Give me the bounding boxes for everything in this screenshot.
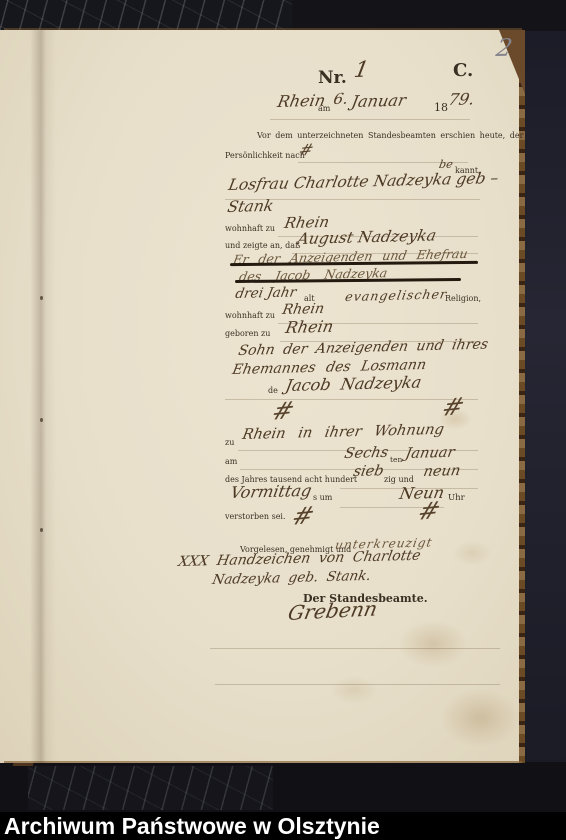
- year-mid: zig und: [384, 475, 414, 484]
- binding-stitch: [40, 296, 43, 300]
- record-number-label: Nr.: [318, 68, 347, 88]
- daytime-value: Vormittag: [229, 481, 313, 502]
- header-year-hand: 79.: [447, 89, 476, 109]
- backdrop-right: [524, 0, 566, 812]
- archive-caption-text: Archiwum Państwowe w Olsztynie: [4, 813, 380, 840]
- header-year-printed: 18: [434, 101, 448, 114]
- relation-line3: Jacob Nadzeyka: [284, 372, 423, 395]
- deceased-name: August Nadzeyka: [296, 226, 438, 248]
- binding-stitch: [40, 418, 43, 422]
- deceased-label: verstorben sei.: [225, 512, 286, 521]
- archival-scan-viewer: 2 Nr. 1 C. Rhein am 6. Januar 18 79. Vor…: [0, 0, 566, 840]
- header-am-label: am: [318, 104, 330, 113]
- marbled-cover-bottom: [28, 766, 273, 810]
- death-day-suffix: ten: [390, 455, 402, 464]
- report-label: und zeigte an, daß: [225, 241, 300, 250]
- form-rule: [270, 119, 470, 120]
- intro-line2: Persönlichkeit nach: [225, 151, 305, 160]
- residence2-value: Rhein: [281, 301, 326, 318]
- registrar-signature: Grebenn: [286, 596, 380, 625]
- page-edge-top: [4, 28, 522, 30]
- form-rule: [215, 684, 500, 685]
- death-day: Sechs: [343, 445, 390, 462]
- form-rule: [225, 399, 478, 400]
- born-label: geboren zu: [225, 329, 270, 338]
- declarant-name-line2: Stank: [226, 197, 275, 216]
- religion-value: evangelischer: [344, 286, 449, 304]
- header-month: Januar: [350, 91, 408, 111]
- relation-line3-prefix: de: [268, 386, 278, 395]
- year-tens: sieb: [352, 463, 385, 480]
- born-value: Rhein: [284, 317, 335, 337]
- death-date-label: am: [225, 457, 237, 466]
- known-hand: be: [438, 158, 454, 171]
- page-edge-bottom: [4, 761, 522, 763]
- religion-label: Religion,: [445, 294, 481, 303]
- age-value: drei Jahr: [234, 284, 298, 302]
- binding-stitch: [40, 528, 43, 532]
- death-month: Januar: [404, 445, 456, 462]
- hour-label: Uhr: [448, 493, 465, 503]
- binding-gutter: [30, 30, 56, 763]
- death-place-label: zu: [225, 438, 234, 447]
- form-letter: C.: [453, 60, 473, 81]
- residence2-label: wohnhaft zu: [225, 311, 275, 320]
- year-ones: neun: [422, 463, 462, 480]
- form-rule: [210, 648, 500, 649]
- residence-label: wohnhaft zu: [225, 224, 275, 233]
- intro-line1: Vor dem unterzeichneten Standesbeamten e…: [257, 131, 523, 140]
